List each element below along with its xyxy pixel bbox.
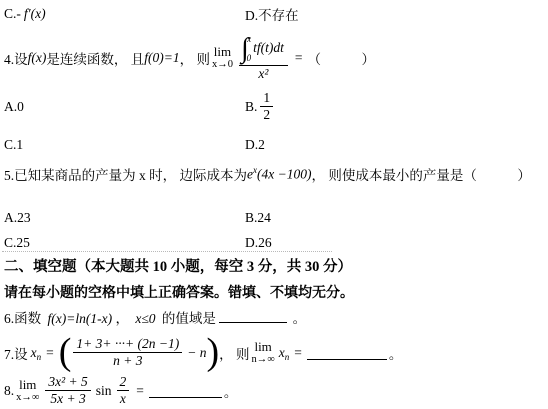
q7-mid-text: ， 则: [219, 343, 249, 363]
q8-limit: lim x→∞: [16, 378, 39, 404]
question-4: 4.设 f(x) 是连续函数， 且 f(0)=1 ， 则 lim x→0 ∫ x…: [4, 31, 375, 85]
q4-text-3: ， 则: [180, 48, 210, 68]
q6-period: 。: [293, 311, 307, 326]
section-2-instruction: 请在每小题的空格中填上正确答案。错填、不填均无分。: [4, 282, 548, 302]
integral-upper-bound: x: [247, 34, 251, 45]
section-2-heading: 二、填空题（本大题共 10 小题，每空 3 分，共 30 分）: [4, 255, 548, 276]
q8-limit-lim: lim: [16, 378, 39, 391]
q5-options-row-1: A.23 B.24: [4, 209, 548, 226]
q4-options-row-1: A.0 B. 1 2: [4, 91, 548, 123]
q7-minus-n: − n: [187, 345, 206, 361]
q4-option-b: B. 1 2: [245, 90, 275, 124]
q6-prefix: 6.函数: [4, 311, 41, 326]
q5-marginal-cost-formula: ex(4x −100): [247, 165, 311, 183]
question-5: 5.已知某商品的产量为 x 时， 边际成本为 ex(4x −100) ， 则使成…: [4, 164, 531, 184]
q8-fraction-1: 3x² + 5 5x + 3: [45, 374, 90, 408]
q5-answer-parentheses: （ ）: [463, 164, 531, 184]
q7-equals-sign-2: =: [294, 345, 302, 361]
q8-sin-label: sin: [96, 383, 112, 399]
q5-option-d: D.26: [245, 235, 272, 251]
q4-limit-lim: lim: [212, 45, 233, 58]
q4-equals-sign: =: [295, 50, 303, 66]
prev-option-c-formula: f′(x): [24, 6, 46, 22]
q7-open-paren: (: [59, 336, 72, 368]
q7-variable-2: xn: [279, 345, 290, 362]
q7-limit-sub: n→∞: [252, 355, 275, 366]
q8-answer-blank: [149, 397, 222, 398]
q4-f0-formula: f(0)=1: [144, 50, 179, 66]
q4-answer-parentheses: （ ）: [308, 48, 376, 68]
q6-answer-blank: [219, 319, 287, 323]
q5-text-before: 5.已知某商品的产量为 x 时， 边际成本为: [4, 164, 247, 184]
q7-limit-lim: lim: [252, 340, 275, 353]
q4-limit-sub: x→0: [212, 60, 233, 71]
q7-fraction: 1+ 3+ ···+ (2n −1) n + 3: [73, 336, 182, 370]
q8-period: 。: [224, 381, 238, 401]
q7-fraction-numerator: 1+ 3+ ···+ (2n −1): [73, 336, 182, 352]
question-6: 6.函数 f(x)=ln(1-x) ， x≤0 的值域是 。: [4, 307, 548, 327]
q8-fraction-1-denominator: 5x + 3: [45, 390, 90, 408]
question-8: 8. lim x→∞ 3x² + 5 5x + 3 sin 2 x = 。: [4, 374, 237, 408]
q4-options-row-2: C.1 D.2: [4, 136, 548, 154]
q8-fraction-2-numerator: 2: [117, 374, 130, 390]
q5-text-after: ， 则使成本最小的产量是: [311, 164, 463, 184]
q4-fraction-denominator: x²: [239, 65, 288, 83]
q4-option-a: A.0: [4, 99, 245, 115]
q4-integrand: tf(t)dt: [253, 40, 284, 56]
q7-answer-blank: [307, 359, 387, 360]
integral-bounds: x 0: [247, 34, 252, 64]
q4-fraction: ∫ x 0 tf(t)dt x²: [239, 34, 288, 83]
q8-limit-sub: x→∞: [16, 393, 39, 404]
q4-option-b-fraction: 1 2: [260, 90, 273, 124]
q7-equals-sign: =: [46, 345, 54, 361]
q7-variable: xn: [31, 345, 42, 362]
q7-fraction-denominator: n + 3: [73, 352, 182, 370]
q4-limit: lim x→0: [212, 45, 233, 71]
integral-lower-bound: 0: [247, 53, 252, 64]
q4-option-d: D.2: [245, 137, 265, 153]
prev-question-options-row: C.- f′(x) D.不存在: [4, 4, 548, 24]
question-7: 7.设 xn = ( 1+ 3+ ···+ (2n −1) n + 3 − n …: [4, 330, 402, 376]
q8-fraction-2-denominator: x: [117, 390, 130, 408]
q4-option-b-label: B.: [245, 99, 257, 115]
q7-prefix: 7.设: [4, 343, 28, 363]
q4-option-c: C.1: [4, 137, 245, 153]
q5-factor: (4x −100): [257, 167, 311, 182]
q7-limit: lim n→∞: [252, 340, 275, 366]
q6-condition: x≤0: [135, 311, 155, 326]
q6-comma: ，: [115, 311, 129, 326]
prev-option-c-label: C.-: [4, 6, 21, 22]
q4-option-b-denominator: 2: [260, 106, 273, 124]
q6-formula: f(x)=ln(1-x): [48, 311, 113, 326]
q4-option-b-numerator: 1: [260, 90, 273, 106]
prev-option-d: D.不存在: [245, 4, 299, 24]
q7-var2-subscript: n: [285, 352, 290, 362]
q5-options-row-2: C.25 D.26: [4, 234, 548, 251]
q8-fraction-2: 2 x: [117, 374, 130, 408]
q8-equals-sign: =: [136, 383, 144, 399]
q5-option-c: C.25: [4, 235, 245, 251]
q7-var-subscript: n: [37, 352, 42, 362]
q8-fraction-1-numerator: 3x² + 5: [45, 374, 90, 390]
section-divider-line: [2, 251, 332, 252]
q7-period: 。: [389, 343, 403, 363]
q4-text-1: 4.设: [4, 48, 28, 68]
q4-fx-formula: f(x): [28, 50, 47, 66]
q4-fraction-numerator: ∫ x 0 tf(t)dt: [239, 34, 288, 65]
q6-tail: 的值域是: [162, 311, 216, 326]
prev-option-c: C.- f′(x): [4, 6, 245, 22]
q7-close-paren: ): [206, 336, 219, 368]
exam-document-page: C.- f′(x) D.不存在 4.设 f(x) 是连续函数， 且 f(0)=1…: [0, 0, 548, 409]
q5-option-a: A.23: [4, 210, 245, 226]
q8-prefix: 8.: [4, 383, 14, 399]
q4-text-2: 是连续函数， 且: [46, 48, 144, 68]
q5-option-b: B.24: [245, 210, 271, 226]
